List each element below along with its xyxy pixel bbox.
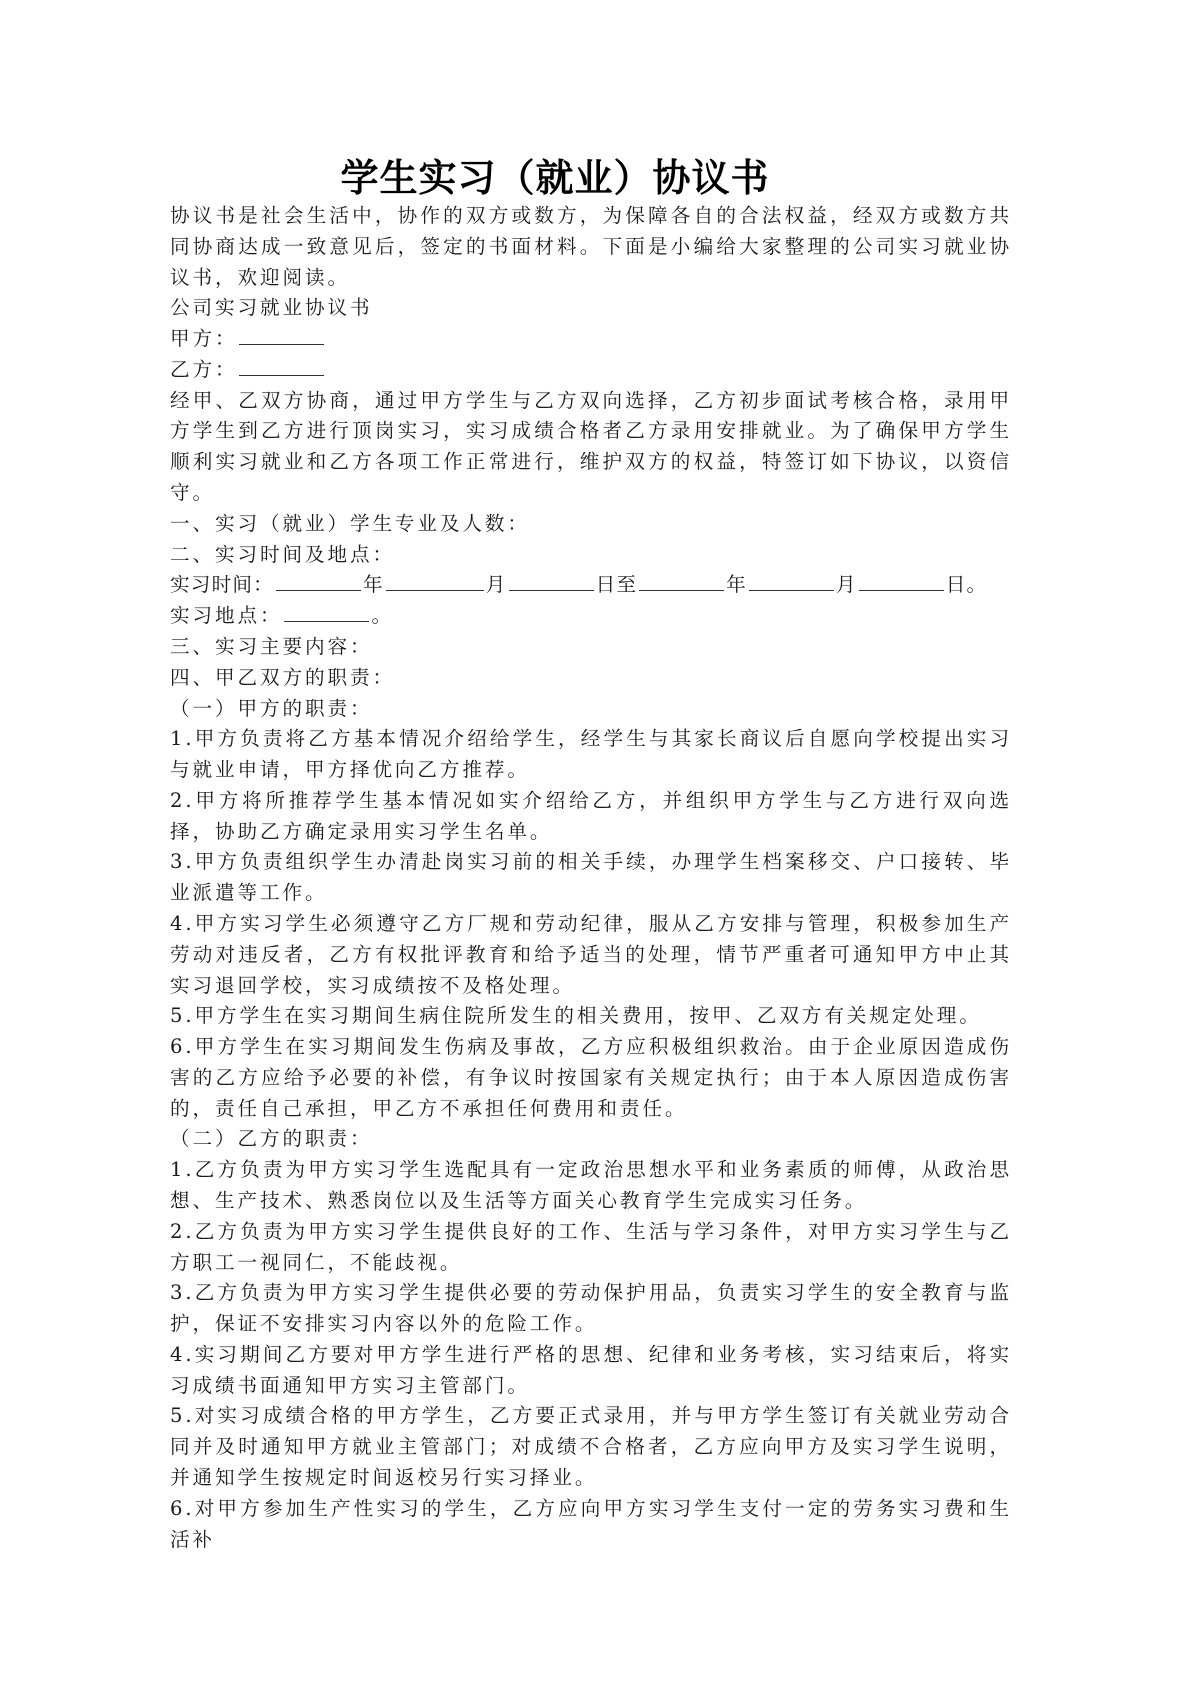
period-mark: 。: [371, 604, 394, 627]
intro-paragraph: 协议书是社会生活中，协作的双方或数方，为保障各自的合法权益，经双方或数方共同协商…: [170, 201, 1012, 293]
place-blank-field[interactable]: [284, 603, 369, 622]
document-title: 学生实习（就业）协议书: [0, 154, 1110, 202]
party-a-line: 甲方：: [170, 324, 1012, 355]
party-b-duty-item: 2.乙方负责为甲方实习学生提供良好的工作、生活与学习条件，对甲方实习学生与乙方职…: [170, 1217, 1012, 1279]
party-a-label: 甲方：: [170, 327, 237, 350]
end-month-field[interactable]: [749, 572, 834, 591]
start-day-field[interactable]: [509, 572, 594, 591]
end-year-field[interactable]: [639, 572, 724, 591]
start-month-field[interactable]: [386, 572, 484, 591]
section-1-heading: 一、实习（就业）学生专业及人数：: [170, 509, 1012, 540]
party-b-duties-heading: （二）乙方的职责：: [170, 1124, 1012, 1155]
party-a-duty-item: 2.甲方将所推荐学生基本情况如实介绍给乙方，并组织甲方学生与乙方进行双向选择，协…: [170, 786, 1012, 848]
party-b-label: 乙方：: [170, 358, 237, 381]
month-unit: 月: [486, 573, 507, 596]
document-page: 学生实习（就业）协议书 协议书是社会生活中，协作的双方或数方，为保障各自的合法权…: [0, 0, 1190, 1683]
party-a-duties-heading: （一）甲方的职责：: [170, 694, 1012, 725]
party-b-blank-field[interactable]: [239, 357, 324, 376]
party-a-duty-item: 4.甲方实习学生必须遵守乙方厂规和劳动纪律，服从乙方安排与管理，积极参加生产劳动…: [170, 909, 1012, 1001]
section-2-heading: 二、实习时间及地点：: [170, 540, 1012, 571]
party-a-duty-item: 5.甲方学生在实习期间生病住院所发生的相关费用，按甲、乙双方有关规定处理。: [170, 1001, 1012, 1032]
internship-place-line: 实习地点：。: [170, 601, 1012, 632]
document-body: 协议书是社会生活中，协作的双方或数方，为保障各自的合法权益，经双方或数方共同协商…: [170, 201, 1012, 1555]
year-unit: 年: [363, 573, 384, 596]
section-4-heading: 四、甲乙双方的职责：: [170, 663, 1012, 694]
start-year-field[interactable]: [276, 572, 361, 591]
party-a-duty-item: 6.甲方学生在实习期间发生伤病及事故，乙方应积极组织救治。由于企业原因造成伤害的…: [170, 1032, 1012, 1124]
party-b-duty-item: 3.乙方负责为甲方实习学生提供必要的劳动保护用品，负责实习学生的安全教育与监护，…: [170, 1278, 1012, 1340]
party-a-duty-item: 3.甲方负责组织学生办清赴岗实习前的相关手续，办理学生档案移交、户口接转、毕业派…: [170, 847, 1012, 909]
agreement-subtitle: 公司实习就业协议书: [170, 293, 1012, 324]
party-b-duty-item: 6.对甲方参加生产性实习的学生，乙方应向甲方实习学生支付一定的劳务实习费和生活补: [170, 1494, 1012, 1556]
preamble-paragraph: 经甲、乙双方协商，通过甲方学生与乙方双向选择，乙方初步面试考核合格，录用甲方学生…: [170, 386, 1012, 509]
party-a-duty-item: 1.甲方负责将乙方基本情况介绍给学生，经学生与其家长商议后自愿向学校提出实习与就…: [170, 724, 1012, 786]
day-end-unit: 日。: [946, 573, 988, 596]
section-3-heading: 三、实习主要内容：: [170, 632, 1012, 663]
internship-time-line: 实习时间：年月日至年月日。: [170, 570, 1012, 601]
party-a-blank-field[interactable]: [239, 326, 324, 345]
year-unit: 年: [726, 573, 747, 596]
party-b-duty-item: 4.实习期间乙方要对甲方学生进行严格的思想、纪律和业务考核，实习结束后，将实习成…: [170, 1340, 1012, 1402]
party-b-duty-item: 5.对实习成绩合格的甲方学生，乙方要正式录用，并与甲方学生签订有关就业劳动合同并…: [170, 1401, 1012, 1493]
party-b-line: 乙方：: [170, 355, 1012, 386]
party-b-duty-item: 1.乙方负责为甲方实习学生选配具有一定政治思想水平和业务素质的师傅，从政治思想、…: [170, 1155, 1012, 1217]
end-day-field[interactable]: [859, 572, 944, 591]
place-label: 实习地点：: [170, 604, 282, 627]
time-label: 实习时间：: [170, 573, 274, 596]
day-to-unit: 日至: [596, 573, 638, 596]
month-unit: 月: [836, 573, 857, 596]
